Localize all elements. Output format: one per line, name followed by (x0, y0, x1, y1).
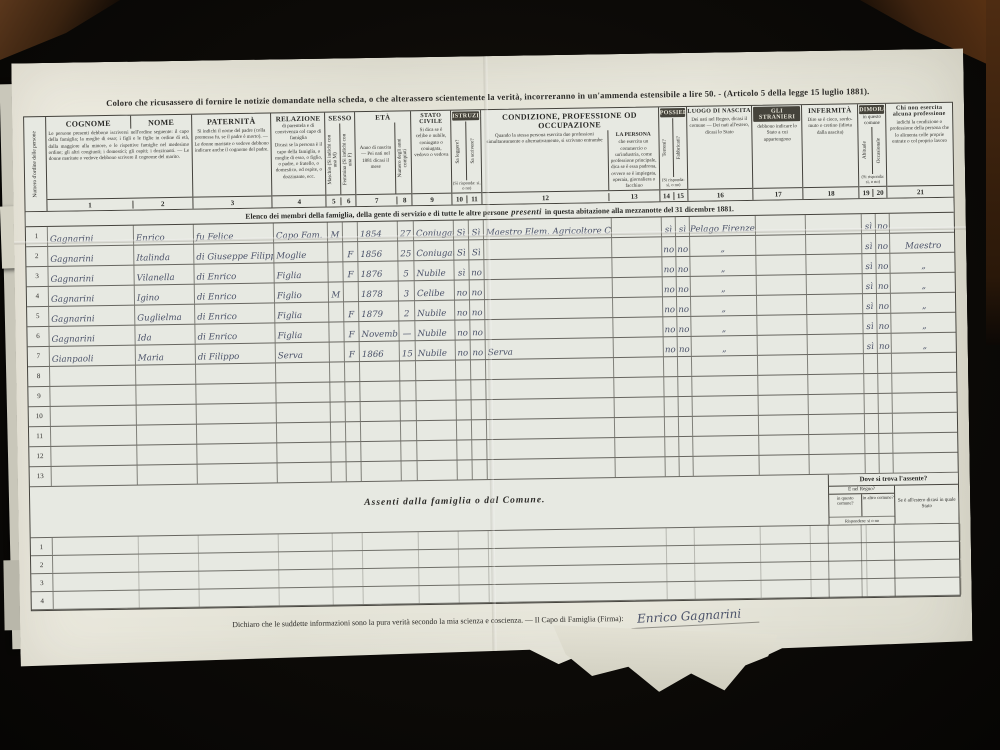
cell-fabbricati: no (677, 317, 691, 336)
absent-box-altro-comune: in altro comune? (862, 494, 894, 516)
cell-f (346, 442, 361, 461)
cell-persona (613, 277, 663, 297)
cell-alimenta: „ (890, 253, 956, 273)
cell-straniero (757, 315, 807, 335)
cell-relazione (277, 423, 331, 443)
cell-infermita (809, 394, 865, 414)
cell-m (331, 442, 346, 461)
cell-m: M (329, 282, 344, 301)
cell-nome (138, 465, 198, 485)
cell-abituale: sì (863, 274, 877, 293)
cell-m (331, 402, 346, 421)
photo-background: Coloro che ricusassero di fornire le not… (0, 0, 1000, 750)
cell-legge: no (456, 340, 471, 359)
cell-straniero (759, 415, 809, 435)
column-group-condizione: CONDIZIONE, PROFESSIONE OD OCCUPAZIONE Q… (481, 107, 660, 204)
cell-legge (457, 440, 472, 459)
cell-luogo (693, 416, 759, 436)
cell-relazione: Figlia (275, 303, 329, 323)
cell-scrive (473, 460, 488, 479)
cell-nome: Igino (135, 285, 195, 305)
absent-box-questo-comune: in questo comune? (829, 494, 862, 517)
condizione-note: Quando la stessa persona esercita due pr… (481, 130, 609, 192)
cell-n: 6 (27, 327, 49, 346)
cell-fabbricati (678, 357, 692, 376)
wood-frame-corner-left (0, 0, 120, 60)
cell-legge: Sì (454, 220, 469, 239)
cell-infermita (806, 254, 862, 274)
names-note: Le persone presenti debbono iscriversi n… (46, 128, 192, 199)
cell-abituale (865, 414, 879, 433)
cell-paternita: di Filippo (196, 343, 276, 363)
cell-luogo: „ (691, 296, 757, 316)
cell-cognome (52, 466, 138, 486)
cell-persona (614, 357, 664, 377)
column-title-stato-civile: STATO CIVILE (411, 111, 450, 127)
cell-professione (484, 238, 612, 259)
cell-f (345, 382, 360, 401)
cell-professione (484, 258, 612, 279)
cell-occasionale: no (876, 234, 890, 253)
column-title-sesso: SESSO (325, 112, 354, 123)
absent-row-number: 3 (31, 574, 53, 591)
cell-f (345, 362, 360, 381)
column-title-paternita: PATERNITÀ (192, 113, 271, 127)
cell-stato: Nubile (416, 341, 456, 361)
cell-fabbricati (679, 417, 693, 436)
cell-m: M (328, 222, 343, 241)
cell-anni: 25 (398, 241, 414, 260)
cell-alimenta (893, 413, 959, 433)
abituale-label: Abituale (863, 142, 869, 160)
cell-anno: 1878 (359, 281, 399, 301)
cell-persona (615, 397, 665, 417)
cell-n: 11 (29, 427, 51, 446)
cell-f: F (343, 242, 358, 261)
cell-cognome: Gagnarini (48, 266, 134, 286)
cell-stato (417, 401, 457, 421)
cell-fabbricati (679, 437, 693, 456)
cell-professione: Serva (486, 338, 614, 359)
column-title-stranieri: GLI STRANIERI (753, 106, 800, 122)
stranieri-note: debbono indicare lo Stato a cui apparten… (753, 122, 803, 188)
cell-terreni (665, 437, 679, 456)
cell-nome (137, 405, 197, 425)
column-row-number: Numero d'ordine delle persone (24, 117, 47, 211)
cell-professione (488, 458, 616, 479)
cell-stato (416, 381, 456, 401)
cell-infermita (807, 294, 863, 314)
cell-abituale (865, 434, 879, 453)
cell-f (347, 462, 362, 481)
declaration: Dichiaro che le suddette informazioni so… (40, 605, 952, 636)
column-group-istruzione: ISTRUZIONE Sa leggere? Sa scrivere? (Si … (451, 110, 482, 204)
cell-persona (615, 417, 665, 437)
cell-alimenta (892, 353, 958, 373)
cell-abituale: sì (864, 334, 878, 353)
cell-paternita: di Enrico (194, 263, 274, 283)
cell-persona (613, 297, 663, 317)
cell-paternita (196, 383, 276, 403)
column-title-infermita: INFERMITÀ (802, 104, 857, 116)
cell-paternita: di Enrico (195, 303, 275, 323)
cell-relazione: Capo Fam. (274, 223, 328, 243)
cell-straniero (759, 435, 809, 455)
cell-luogo (692, 356, 758, 376)
dimora-subtitle: in questo comune (858, 115, 885, 127)
column-title-chi-non-esercita: Chi non esercita alcuna professione (886, 103, 952, 119)
cell-paternita (198, 463, 278, 483)
cell-f (346, 402, 361, 421)
cell-legge: no (455, 280, 470, 299)
anno-nascita-note: Anno di nascita — Pei nati nel 1881 dica… (356, 143, 395, 173)
cell-alimenta (892, 373, 958, 393)
cell-anni (400, 361, 416, 380)
column-group-stato-civile: STATO CIVILE Si dica se è celibe o nubil… (411, 111, 452, 206)
cell-abituale: sì (862, 214, 876, 233)
cell-n: 7 (28, 347, 50, 366)
cell-n: 4 (27, 287, 49, 306)
cell-abituale: sì (863, 314, 877, 333)
cell-luogo: „ (690, 236, 756, 256)
cell-abituale (864, 354, 878, 373)
cell-professione (486, 358, 614, 379)
cell-stato (417, 441, 457, 461)
cell-paternita: di Enrico (195, 283, 275, 303)
cell-cognome (51, 426, 137, 446)
column-group-stranieri: GLI STRANIERI debbono indicare lo Stato … (752, 105, 803, 200)
cell-persona (616, 457, 666, 477)
sa-leggere-label: Sa leggere? (456, 139, 462, 163)
cell-anno (360, 381, 400, 401)
cell-stato (416, 361, 456, 381)
presenti-emphasis: presenti (511, 207, 542, 216)
cell-abituale: sì (862, 234, 876, 253)
cell-anno (362, 461, 402, 481)
cell-professione (487, 438, 615, 459)
cell-persona (612, 257, 662, 277)
cell-fabbricati: no (677, 277, 691, 296)
column-title-dimora: DIMORA (859, 105, 884, 114)
cell-n: 12 (29, 447, 51, 466)
cell-nome (137, 425, 197, 445)
cell-cognome (50, 386, 136, 406)
column-group-luogo-nascita: LUOGO DI NASCITA Dei nati nel Regno, dic… (687, 106, 754, 201)
cell-legge (456, 380, 471, 399)
la-persona-note: che esercita un commercio o un'industria… (609, 138, 659, 193)
cell-anno: 1856 (358, 241, 398, 261)
wood-frame-right-strip (986, 0, 1000, 345)
absent-section: Assenti dalla famiglia o dal Comune. Dov… (30, 473, 960, 611)
cell-occasionale (878, 374, 892, 393)
cell-nome: Italinda (134, 245, 194, 265)
cell-terreni (665, 397, 679, 416)
cell-paternita (197, 443, 277, 463)
cell-cognome: Gagnarini (49, 326, 135, 346)
dimora-note: (Si risponda: sì, o no) (859, 174, 886, 186)
column-group-infermita: INFERMITÀ Dire se è cieco, sordo-muto o … (802, 104, 859, 199)
cell-terreni: no (662, 257, 676, 276)
cell-anno: 1876 (358, 261, 398, 281)
cell-m (330, 342, 345, 361)
cell-stato: Coniugata (414, 241, 454, 261)
cell-nome (136, 385, 196, 405)
cell-terreni (665, 417, 679, 436)
cell-professione (487, 398, 615, 419)
column-group-eta: ETÀ Anno di nascita — Pei nati nel 1881 … (355, 111, 412, 206)
cell-alimenta (893, 433, 959, 453)
cell-stato (418, 461, 458, 481)
cell-anno (361, 441, 401, 461)
cell-stato: Nubile (415, 301, 455, 321)
anni-compiuti-label: Numero degli anni compiuti (398, 132, 410, 184)
cell-terreni: sì (662, 217, 676, 236)
cell-scrive (471, 380, 486, 399)
cell-straniero (756, 215, 806, 235)
cell-m (328, 242, 343, 261)
cell-nome (137, 445, 197, 465)
cell-cognome: Gagnarini (49, 306, 135, 326)
cell-n: 1 (26, 227, 48, 246)
cell-scrive: no (470, 280, 485, 299)
cell-fabbricati (680, 457, 694, 476)
absent-row-number: 1 (31, 538, 53, 555)
column-group-sesso: SESSO Maschio (Si indichi con una M) Fem… (325, 112, 356, 206)
cell-stato: Coniugato (414, 221, 454, 241)
cell-professione (485, 318, 613, 339)
cell-cognome: Gagnarini (48, 226, 134, 246)
stato-civile-note: Si dica se è celibe o nubile, coniugato … (411, 126, 451, 194)
cell-luogo (693, 456, 759, 476)
maschio-label: Maschio (Si indichi con una M) (327, 133, 339, 185)
cell-m (328, 262, 343, 281)
cell-professione (485, 298, 613, 319)
cell-occasionale: no (877, 294, 891, 313)
paternita-note: Si indichi il nome del padre (colla prem… (192, 126, 272, 196)
column-title-relazione: RELAZIONE (272, 113, 325, 125)
cell-infermita (807, 314, 863, 334)
cell-occasionale (878, 354, 892, 373)
torn-paper-flap (551, 625, 778, 695)
cell-legge (456, 360, 471, 379)
cell-fabbricati: no (678, 337, 692, 356)
cell-m (330, 362, 345, 381)
cell-stato (417, 421, 457, 441)
cell-straniero (758, 355, 808, 375)
cell-straniero (758, 375, 808, 395)
cell-scrive: Sì (469, 220, 484, 239)
cell-legge (457, 400, 472, 419)
la-persona-title: LA PERSONA (608, 129, 658, 138)
cell-fabbricati: no (676, 237, 690, 256)
cell-m (329, 302, 344, 321)
cell-abituale (865, 394, 879, 413)
cell-straniero (756, 235, 806, 255)
cell-abituale (865, 454, 879, 473)
occasionale-label: Occasionale (876, 138, 882, 163)
femmina-label: Femmina (Si indichi con una F) (342, 133, 354, 185)
cell-stato: Nubile (415, 321, 455, 341)
cell-n: 9 (28, 387, 50, 406)
cell-anni (402, 461, 418, 480)
cell-luogo (693, 436, 759, 456)
cell-alimenta: Maestro (890, 233, 956, 253)
cell-scrive (472, 400, 487, 419)
absent-location-box: Dove si trova l'assente? È nel Regno? in… (828, 473, 959, 525)
cell-m (331, 422, 346, 441)
cell-relazione (278, 463, 332, 483)
cell-professione: Maestro Elem. Agricoltore Civile (484, 218, 612, 239)
cell-n: 2 (26, 247, 48, 266)
column-group-dimora: DIMORA in questo comune Abituale Occasio… (858, 104, 887, 198)
cell-legge: no (455, 300, 470, 319)
cell-anno (361, 421, 401, 441)
cell-cognome: Gagnarini (49, 286, 135, 306)
cell-straniero (757, 295, 807, 315)
cell-terreni: no (662, 237, 676, 256)
cell-infermita (806, 214, 862, 234)
column-group-relazione: RELAZIONE di parentela e di convivenza c… (272, 113, 327, 208)
cell-nome: Guglielma (135, 305, 195, 325)
cell-stato: Celibe (415, 281, 455, 301)
cell-m (330, 382, 345, 401)
cell-f: F (343, 262, 358, 281)
cell-legge: sì (454, 260, 469, 279)
cell-terreni (664, 357, 678, 376)
cell-infermita (808, 354, 864, 374)
cell-occasionale (879, 454, 893, 473)
cell-infermita (809, 434, 865, 454)
cell-terreni (664, 377, 678, 396)
cell-relazione (277, 403, 331, 423)
cell-relazione (276, 383, 330, 403)
cell-relazione: Serva (276, 343, 330, 363)
cell-nome (136, 365, 196, 385)
cell-cognome: Gagnarini (48, 246, 134, 266)
absent-rows: 1234 (31, 524, 960, 611)
cell-luogo: „ (691, 276, 757, 296)
absent-title: Assenti dalla famiglia o dal Comune. (364, 495, 545, 508)
cell-legge (458, 460, 473, 479)
cell-infermita (807, 274, 863, 294)
cell-cognome (51, 446, 137, 466)
cell-alimenta: „ (891, 273, 957, 293)
cell-luogo (693, 396, 759, 416)
cell-anni: 15 (400, 341, 416, 360)
cell-anno (361, 401, 401, 421)
cell-fabbricati: sì (676, 217, 690, 236)
cell-occasionale (879, 394, 893, 413)
absent-box-rispondere: Rispondere: sì o no (829, 516, 894, 525)
cell-alimenta: „ (891, 313, 957, 333)
terreni-label: Terreni? (663, 139, 669, 156)
cell-infermita (806, 234, 862, 254)
cell-n: 5 (27, 307, 49, 326)
cell-persona (614, 337, 664, 357)
cell-scrive: no (471, 340, 486, 359)
cell-legge: no (455, 320, 470, 339)
cell-infermita (808, 334, 864, 354)
column-title-possiede: POSSIEDE (660, 108, 685, 117)
present-rows: 1GagnariniEnricofu FeliceCapo Fam.M18542… (26, 213, 958, 488)
cell-fabbricati: no (676, 257, 690, 276)
cell-abituale: sì (862, 254, 876, 273)
cell-paternita: di Enrico (195, 323, 275, 343)
chi-non-esercita-note: indichi la condizione o professione dell… (886, 118, 953, 186)
cell-paternita: fu Felice (194, 223, 274, 243)
cell-occasionale (879, 434, 893, 453)
column-title-eta: ETÀ (355, 111, 410, 123)
cell-scrive: no (470, 300, 485, 319)
cell-occasionale: no (878, 334, 892, 353)
census-sheet: Coloro che ricusassero di fornire le not… (11, 49, 973, 678)
relazione-subtitle: di parentela e di convivenza col capo di… (272, 124, 325, 142)
cell-infermita (809, 414, 865, 434)
cell-professione (486, 378, 614, 399)
head-of-family-signature: Enrico Gagnarini (631, 606, 760, 629)
cell-terreni (666, 457, 680, 476)
cell-relazione: Figlio (275, 283, 329, 303)
cell-relazione: Figlia (274, 263, 328, 283)
infermita-note: Dire se è cieco, sordo-muto o cretino (i… (802, 115, 858, 187)
cell-occasionale (879, 414, 893, 433)
cell-m (332, 462, 347, 481)
cell-professione (487, 418, 615, 439)
cell-luogo: „ (691, 316, 757, 336)
cell-alimenta: „ (892, 333, 958, 353)
census-table: Numero d'ordine delle persone COGNOME NO… (23, 102, 961, 612)
cell-f (344, 282, 359, 301)
cell-alimenta: „ (891, 293, 957, 313)
absent-row-number: 2 (31, 556, 53, 573)
cell-anni: — (399, 321, 415, 340)
cell-n: 8 (28, 367, 50, 386)
cell-persona (614, 377, 664, 397)
cell-fabbricati (678, 377, 692, 396)
cell-anni (401, 421, 417, 440)
column-group-cognome-nome: COGNOME NOME Le persone presenti debbono… (46, 115, 193, 211)
cell-anni: 5 (398, 261, 414, 280)
absent-row-number: 4 (32, 592, 54, 609)
cell-f (343, 222, 358, 241)
column-title-istruzione: ISTRUZIONE (452, 111, 479, 120)
cell-persona (612, 217, 662, 237)
cell-anni: 27 (398, 221, 414, 240)
cell-scrive: no (470, 320, 485, 339)
column-title-nome: NOME (131, 115, 191, 129)
cell-anni (401, 401, 417, 420)
cell-persona (615, 437, 665, 457)
cell-abituale: sì (863, 294, 877, 313)
absent-box-estero: Se è all'estero dicasi in quale Stato (895, 485, 959, 524)
cell-f (346, 422, 361, 441)
cell-paternita (196, 363, 276, 383)
column-title-condizione: CONDIZIONE, PROFESSIONE OD OCCUPAZIONE (481, 107, 658, 132)
cell-scrive: no (469, 260, 484, 279)
cell-anni (401, 441, 417, 460)
cell-professione (485, 278, 613, 299)
cell-scrive: Sì (469, 240, 484, 259)
cell-cognome (51, 406, 137, 426)
cell-terreni: no (663, 297, 677, 316)
cell-straniero (756, 255, 806, 275)
column-group-possiede: POSSIEDE Terreni? Fabbricati? (Si rispon… (659, 107, 688, 201)
cell-n: 3 (26, 267, 48, 286)
cell-occasionale: no (877, 314, 891, 333)
cell-luogo: „ (692, 336, 758, 356)
cell-scrive (472, 440, 487, 459)
possiede-note: (Si risponda: sì, o no) (660, 177, 687, 189)
